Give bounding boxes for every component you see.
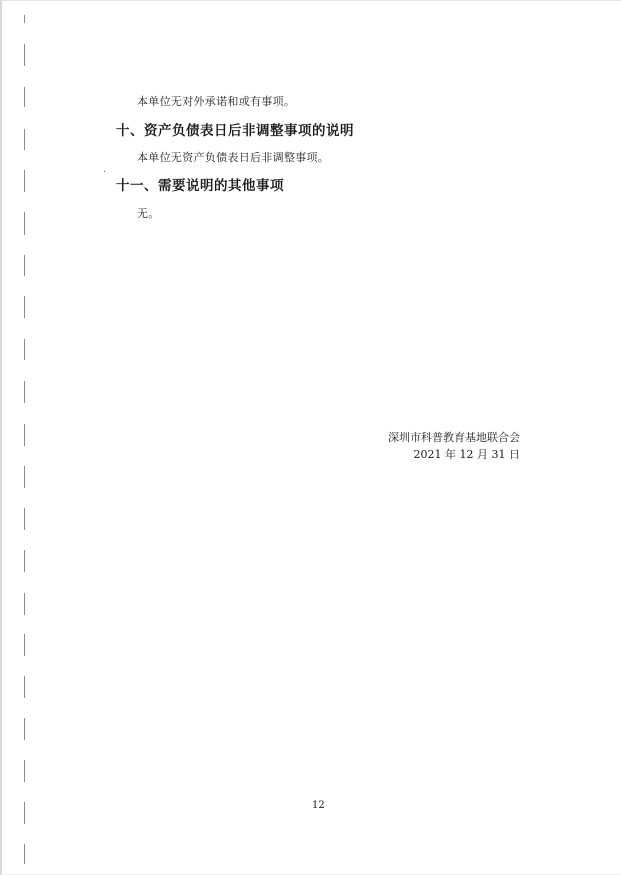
binding-mark (24, 255, 25, 276)
scan-speck (104, 171, 105, 172)
section-11-heading: 十一、需要说明的其他事项 (116, 178, 284, 194)
binding-mark (24, 718, 25, 740)
document-page: 本单位无对外承诺和或有事项。 十、资产负债表日后非调整事项的说明 本单位无资产负… (0, 0, 621, 875)
binding-mark (24, 844, 25, 864)
binding-mark (24, 634, 25, 656)
binding-mark (24, 129, 25, 150)
binding-mark (24, 424, 25, 446)
binding-mark (24, 44, 25, 66)
binding-mark (24, 87, 25, 107)
binding-mark (24, 550, 25, 572)
binding-mark (24, 170, 25, 192)
binding-mark (24, 466, 25, 488)
binding-marks (24, 1, 26, 875)
binding-mark (24, 593, 25, 615)
section-10-paragraph: 本单位无资产负债表日后非调整事项。 (137, 151, 329, 165)
binding-mark (24, 212, 25, 235)
section-10-heading: 十、资产负债表日后非调整事项的说明 (116, 123, 354, 139)
section-11-paragraph: 无。 (137, 207, 160, 221)
binding-mark (24, 381, 25, 403)
binding-mark (24, 15, 25, 23)
binding-mark (24, 760, 25, 782)
page-number: 12 (312, 800, 325, 812)
binding-mark (24, 296, 25, 318)
binding-mark (24, 676, 25, 698)
binding-mark (24, 339, 25, 360)
binding-mark (24, 802, 25, 824)
signature-date: 2021 年 12 月 31 日 (414, 448, 520, 462)
binding-mark (24, 508, 25, 530)
contingency-paragraph: 本单位无对外承诺和或有事项。 (137, 95, 295, 109)
signature-organization: 深圳市科普教育基地联合会 (388, 431, 520, 445)
